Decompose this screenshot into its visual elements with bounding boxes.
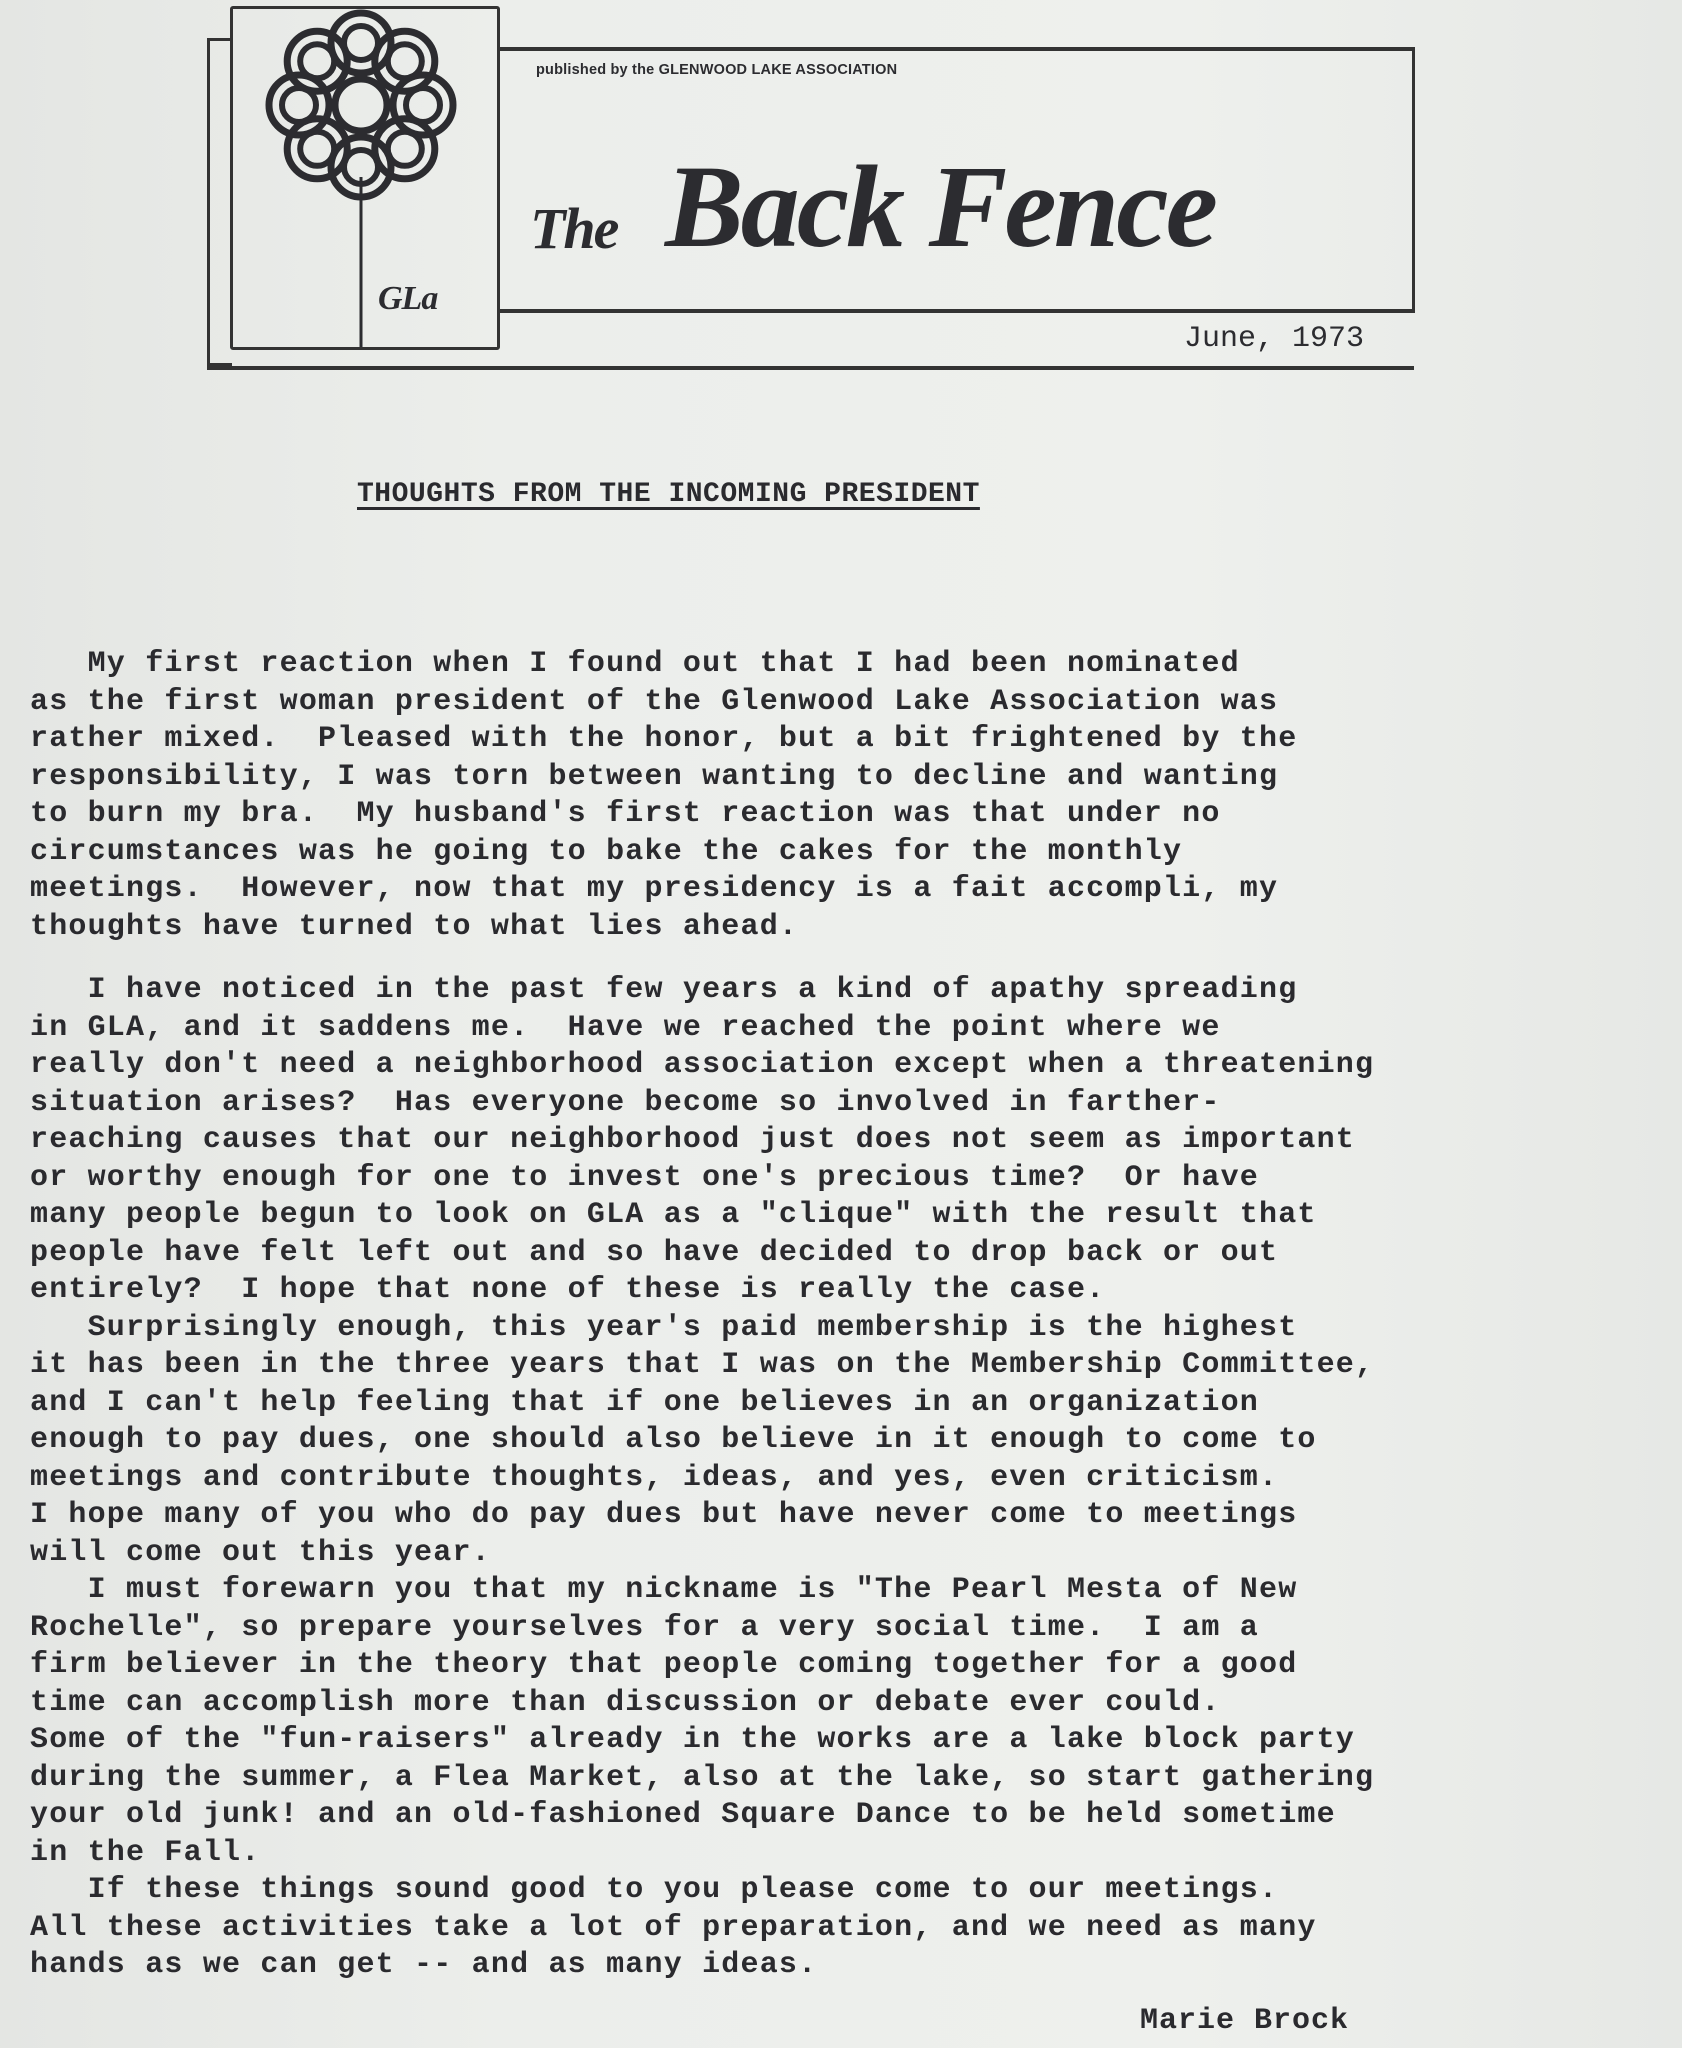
newsletter-page: GLa published by the GLENWOOD LAKE ASSOC… [0, 0, 1682, 2048]
text-line: during the summer, a Flea Market, also a… [30, 1760, 1670, 1798]
text-line: and I can't help feeling that if one bel… [30, 1385, 1670, 1423]
text-line: meetings and contribute thoughts, ideas,… [30, 1460, 1670, 1498]
text-line: to burn my bra. My husband's first react… [30, 796, 1670, 834]
text-line: I hope many of you who do pay dues but h… [30, 1497, 1670, 1535]
issue-date: June, 1973 [1184, 322, 1364, 356]
text-line: rather mixed. Pleased with the honor, bu… [30, 721, 1670, 759]
text-line: in GLA, and it saddens me. Have we reach… [30, 1010, 1670, 1048]
text-line: I have noticed in the past few years a k… [30, 972, 1670, 1010]
text-line: responsibility, I was torn between wanti… [30, 759, 1670, 797]
text-line: many people begun to look on GLA as a "c… [30, 1197, 1670, 1235]
text-line: time can accomplish more than discussion… [30, 1685, 1670, 1723]
text-line: reaching causes that our neighborhood ju… [30, 1122, 1670, 1160]
text-line: circumstances was he going to bake the c… [30, 834, 1670, 872]
text-line: situation arises? Has everyone become so… [30, 1085, 1670, 1123]
article-body: My first reaction when I found out that … [30, 646, 1670, 1985]
text-line: If these things sound good to you please… [30, 1872, 1670, 1910]
masthead-frame-left [207, 38, 232, 366]
author-signature: Marie Brock [1140, 2004, 1349, 2038]
text-line: enough to pay dues, one should also beli… [30, 1422, 1670, 1460]
text-line: it has been in the three years that I wa… [30, 1347, 1670, 1385]
gla-monogram: GLa [378, 280, 437, 318]
text-line: will come out this year. [30, 1535, 1670, 1573]
text-line: your old junk! and an old-fashioned Squa… [30, 1797, 1670, 1835]
publisher-line: published by the GLENWOOD LAKE ASSOCIATI… [536, 62, 897, 78]
text-line: really don't need a neighborhood associa… [30, 1047, 1670, 1085]
text-line: Rochelle", so prepare yourselves for a v… [30, 1610, 1670, 1648]
text-line: thoughts have turned to what lies ahead. [30, 909, 1670, 947]
text-line: entirely? I hope that none of these is r… [30, 1272, 1670, 1310]
masthead-rule [207, 366, 1414, 370]
text-line: meetings. However, now that my presidenc… [30, 871, 1670, 909]
text-line: as the first woman president of the Glen… [30, 684, 1670, 722]
publisher-prefix: published by the [536, 62, 654, 78]
text-line: in the Fall. [30, 1835, 1670, 1873]
text-line: All these activities take a lot of prepa… [30, 1910, 1670, 1948]
flower-logo-icon [233, 9, 497, 347]
text-line: hands as we can get -- and as many ideas… [30, 1947, 1670, 1985]
newsletter-title: Back Fence [665, 148, 1215, 266]
text-line: Surprisingly enough, this year's paid me… [30, 1310, 1670, 1348]
logo-box [230, 6, 500, 350]
text-line: or worthy enough for one to invest one's… [30, 1160, 1670, 1198]
text-line: people have felt left out and so have de… [30, 1235, 1670, 1273]
article-headline: THOUGHTS FROM THE INCOMING PRESIDENT [357, 479, 980, 510]
text-line: Some of the "fun-raisers" already in the… [30, 1722, 1670, 1760]
publisher-org: GLENWOOD LAKE ASSOCIATION [659, 62, 898, 78]
text-line: I must forewarn you that my nickname is … [30, 1572, 1670, 1610]
text-line: firm believer in the theory that people … [30, 1647, 1670, 1685]
text-line: My first reaction when I found out that … [30, 646, 1670, 684]
title-article: The [530, 195, 617, 262]
paragraph-gap [30, 946, 1670, 972]
